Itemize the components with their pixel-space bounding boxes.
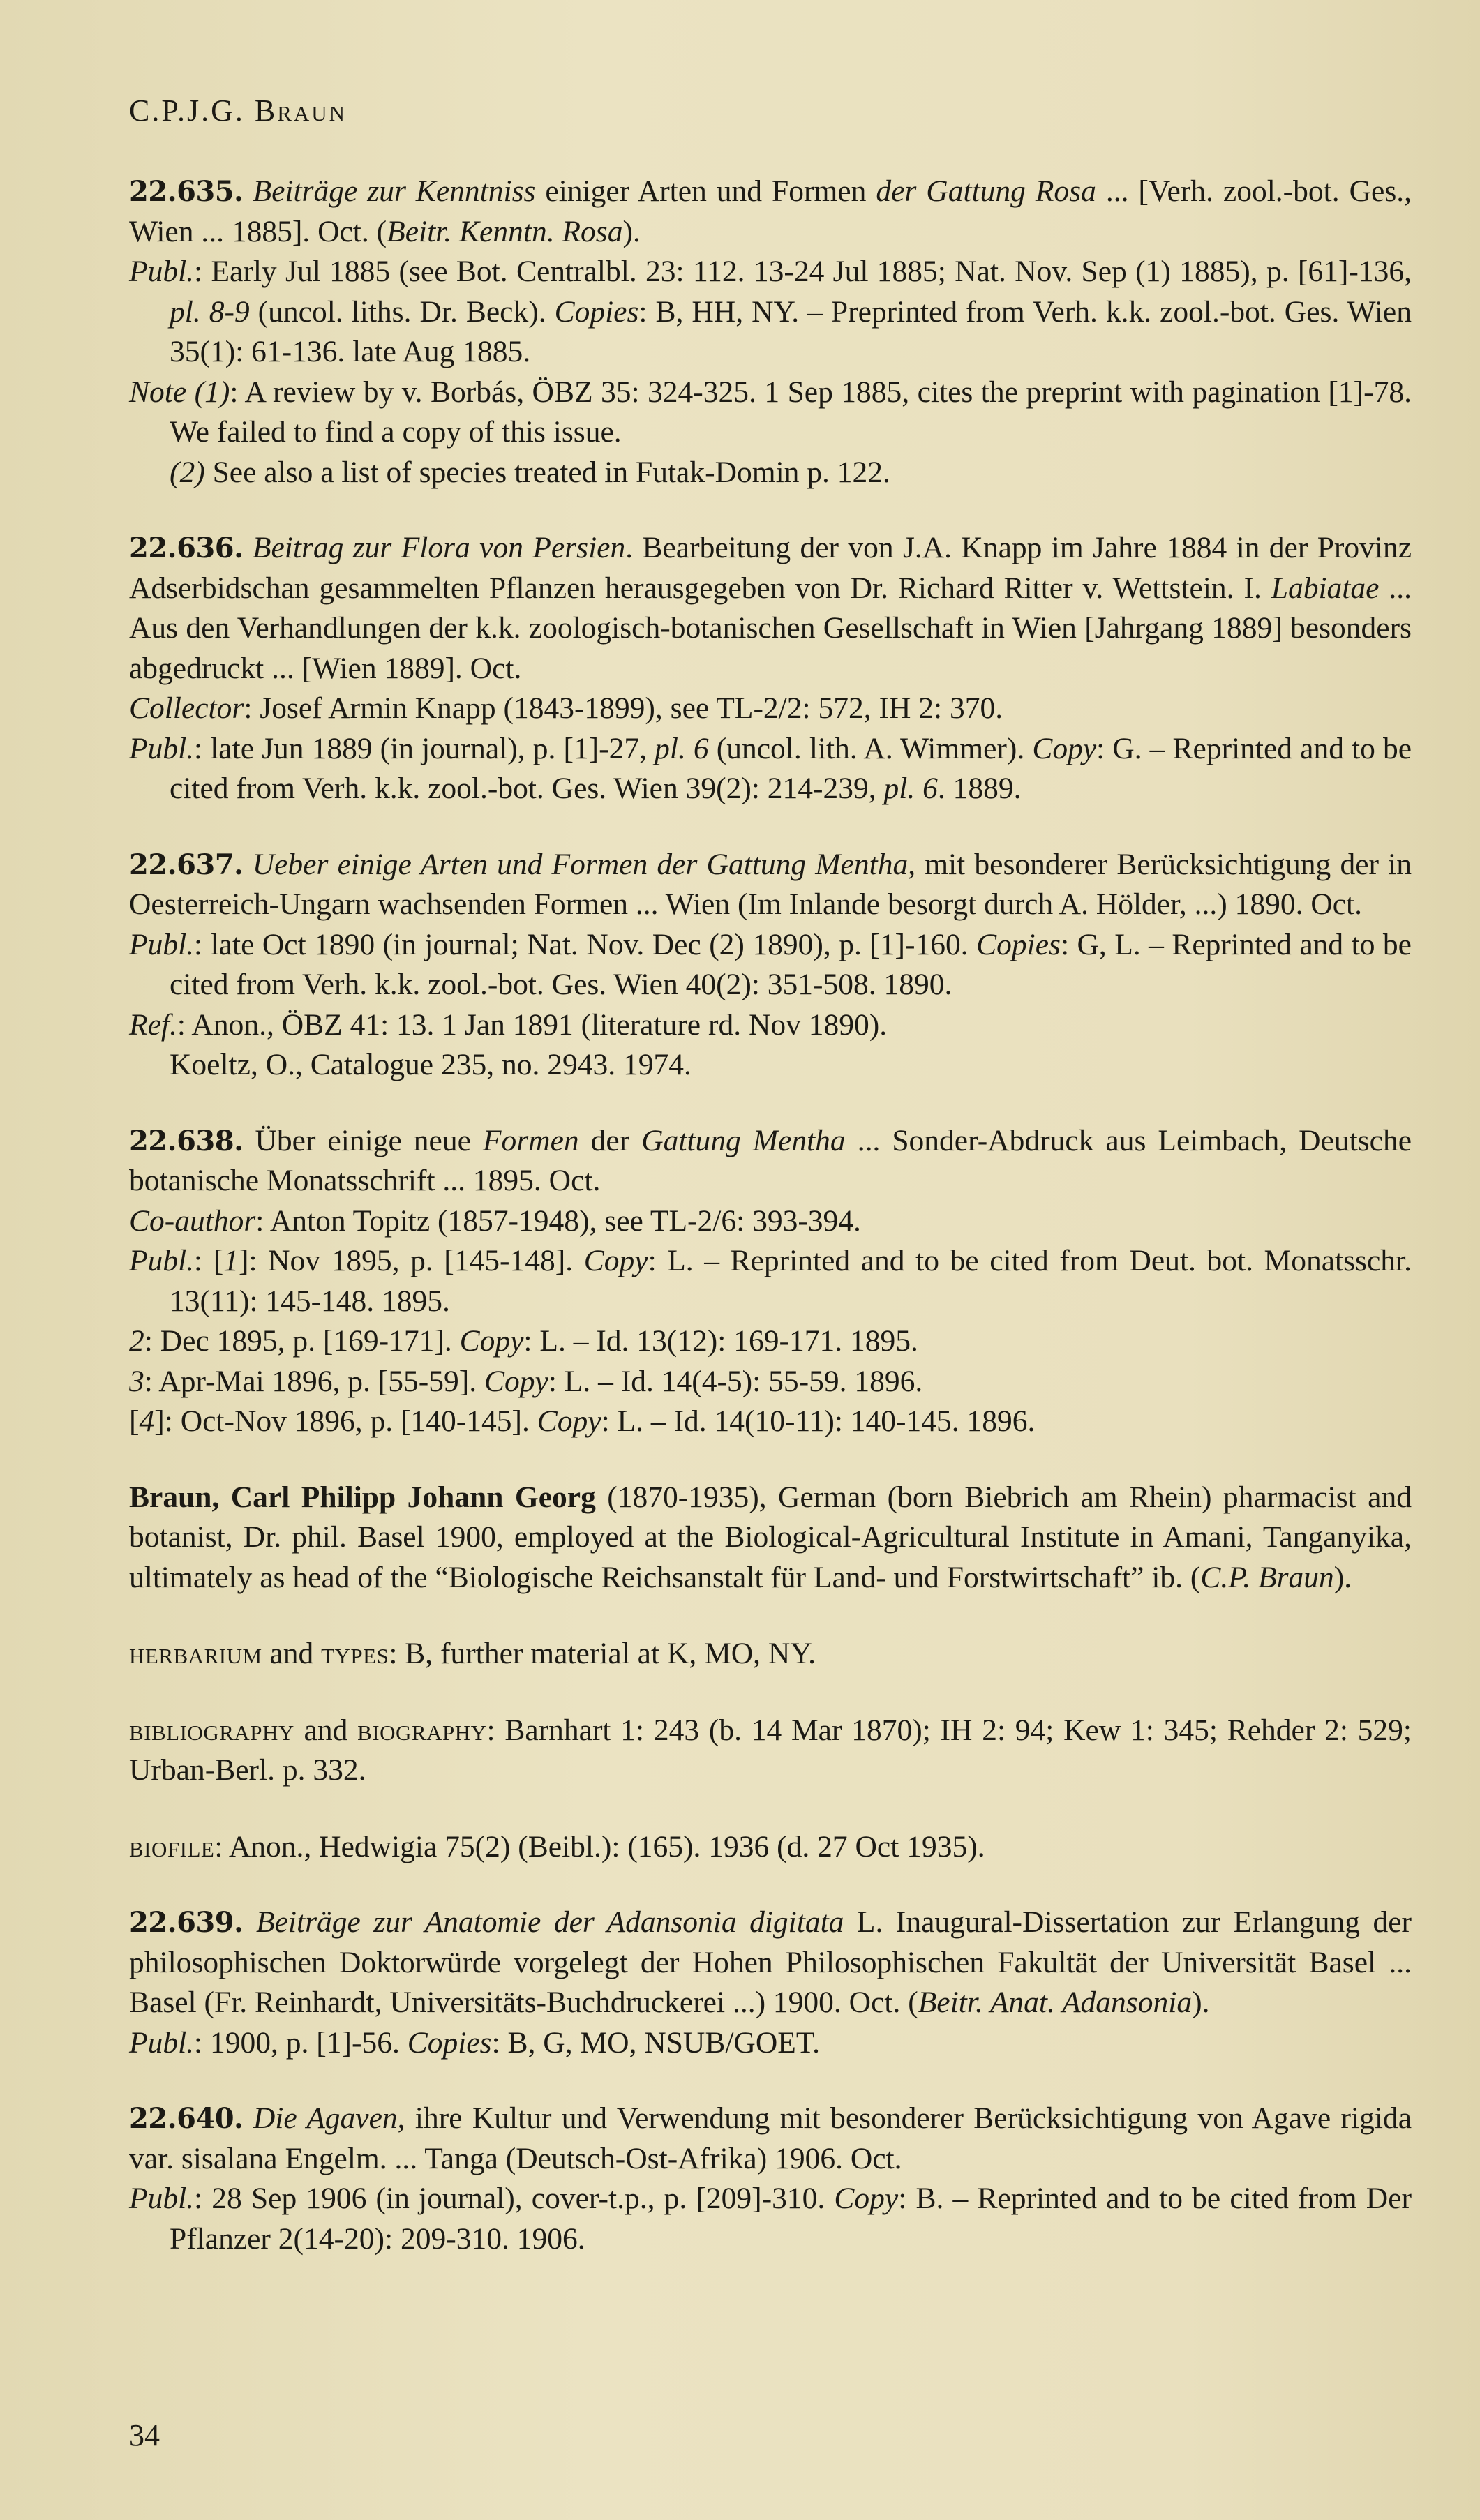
author-bio-paragraph: Braun, Carl Philipp Johann Georg (1870-1… — [129, 1478, 1412, 1598]
publication-info: Publ.: 28 Sep 1906 (in journal), cover-t… — [129, 2179, 1412, 2259]
plates: pl. 6 — [884, 772, 938, 805]
publ-text: : late Jun 1889 (in journal), p. [1]-27, — [194, 732, 655, 765]
entry-22-639: 22.639. Beiträge zur Anatomie der Adanso… — [129, 1903, 1412, 2063]
title-text: der — [579, 1124, 642, 1157]
herbarium-text: : B, further material at K, MO, NY. — [389, 1637, 816, 1670]
publ-text: (uncol. lith. A. Wimmer). — [709, 732, 1033, 765]
publ-label: Publ. — [129, 928, 194, 961]
publ-label: Publ. — [129, 732, 194, 765]
entry-number: 22.640. — [129, 2102, 244, 2135]
entry-22-636: 22.636. Beitrag zur Flora von Persien. B… — [129, 528, 1412, 809]
collector-label: Collector — [129, 691, 244, 725]
entry-22-638: 22.638. Über einige neue Formen der Gatt… — [129, 1121, 1412, 1442]
copy-label: Copy — [537, 1404, 601, 1438]
note-text: See also a list of species treated in Fu… — [205, 456, 890, 489]
entry-number: 22.638. — [129, 1125, 244, 1157]
conjunction: and — [262, 1637, 322, 1670]
punctuation: ). — [1192, 1986, 1209, 2019]
publ-text: : late Oct 1890 (in journal; Nat. Nov. D… — [194, 928, 976, 961]
part-text: : Oct-Nov 1896, p. [140-145]. — [165, 1404, 537, 1438]
part-text: : Dec 1895, p. [169-171]. — [144, 1324, 460, 1358]
biofile-text: : Anon., Hedwigia 75(2) (Beibl.): (165).… — [214, 1830, 985, 1863]
author-biography: Braun, Carl Philipp Johann Georg (1870-1… — [129, 1478, 1412, 1598]
biofile-section: Biofile: Anon., Hedwigia 75(2) (Beibl.):… — [129, 1827, 1412, 1868]
title-abbreviation: Beitr. Anat. Adansonia — [918, 1986, 1192, 2019]
entry-number: 22.637. — [129, 848, 244, 881]
entry-title: 22.639. Beiträge zur Anatomie der Adanso… — [129, 1903, 1412, 2023]
note: Note (1): A review by v. Borbás, ÖBZ 35:… — [129, 373, 1412, 453]
ref-label: Ref. — [129, 1008, 177, 1042]
bracket: ] — [154, 1404, 165, 1438]
title-italic: Beiträge zur Kenntniss — [253, 174, 536, 208]
publ-label: Publ. — [129, 2026, 194, 2060]
entry-title: 22.636. Beitrag zur Flora von Persien. B… — [129, 528, 1412, 689]
publication-info: Publ.: [1]: Nov 1895, p. [145-148]. Copy… — [129, 1241, 1412, 1321]
page-number: 34 — [129, 2415, 160, 2456]
entry-22-637: 22.637. Ueber einige Arten und Formen de… — [129, 845, 1412, 1086]
coauthor-info: Co-author: Anton Topitz (1857-1948), see… — [129, 1201, 1412, 1242]
biography-label: Biography — [357, 1713, 486, 1747]
copy-label: Copy — [460, 1324, 524, 1358]
publ-text: : 28 Sep 1906 (in journal), cover-t.p., … — [194, 2182, 834, 2215]
title-text: Über einige neue — [244, 1124, 483, 1157]
plates: pl. 8-9 — [170, 295, 250, 329]
document-page: C.P.J.G. Braun 22.635. Beiträge zur Kenn… — [129, 91, 1412, 2295]
title-text: einiger Arten und Formen — [535, 174, 876, 208]
plates: pl. 6 — [655, 732, 709, 765]
publ-label: Publ. — [129, 2182, 194, 2215]
author-abbreviation: C.P. Braun — [1200, 1561, 1333, 1594]
publ-text: ]: Nov 1895, p. [145-148]. — [239, 1244, 584, 1277]
part-text: : L. – Id. 14(4-5): 55-59. 1896. — [548, 1365, 922, 1398]
publ-label: Publ. — [129, 255, 194, 288]
author-name: Braun, Carl Philipp Johann Georg — [129, 1480, 596, 1514]
note-label: (2) — [170, 456, 205, 489]
running-head: C.P.J.G. Braun — [129, 91, 1412, 131]
publication-info: Publ.: Early Jul 1885 (see Bot. Centralb… — [129, 252, 1412, 373]
biofile-label: Biofile — [129, 1829, 214, 1863]
title-italic: Beitrag zur Flora von Persien — [253, 531, 625, 564]
entry-number: 22.635. — [129, 175, 244, 208]
entry-22-635: 22.635. Beiträge zur Kenntniss einiger A… — [129, 172, 1412, 493]
part-text: : Apr-Mai 1896, p. [55-59]. — [144, 1365, 484, 1398]
copies-text: : B, G, MO, NSUB/GOET. — [492, 2026, 820, 2060]
part-number: 3 — [129, 1365, 144, 1398]
part-text: : L. – Id. 13(12): 169-171. 1895. — [523, 1324, 918, 1358]
title-italic: Ueber einige Arten und Formen der Gattun… — [253, 848, 908, 881]
coauthor-text: : Anton Topitz (1857-1948), see TL-2/6: … — [255, 1204, 861, 1238]
title-italic: Die Agaven — [253, 2101, 398, 2135]
title-italic: Gattung Mentha — [641, 1124, 845, 1157]
copy-label: Copy — [584, 1244, 648, 1277]
punctuation: ). — [622, 215, 640, 248]
bibliography-label: Bibliography — [129, 1713, 294, 1747]
title-italic: Beiträge zur Anatomie der Adansonia digi… — [256, 1905, 844, 1939]
coauthor-label: Co-author — [129, 1204, 255, 1238]
copy-label: Copy — [1032, 732, 1096, 765]
publ-text: : Early Jul 1885 (see Bot. Centralbl. 23… — [194, 255, 1412, 288]
part-3: 3: Apr-Mai 1896, p. [55-59]. Copy: L. – … — [129, 1362, 1412, 1402]
publ-text: : [ — [194, 1244, 223, 1277]
ref-text: : Anon., ÖBZ 41: 13. 1 Jan 1891 (literat… — [177, 1008, 887, 1042]
copy-text: . 1889. — [938, 772, 1022, 805]
part-number: 2 — [129, 1324, 144, 1358]
copy-label: Copy — [834, 2182, 898, 2215]
copies-label: Copies — [408, 2026, 492, 2060]
publication-info: Publ.: 1900, p. [1]-56. Copies: B, G, MO… — [129, 2023, 1412, 2064]
entry-22-640: 22.640. Die Agaven, ihre Kultur und Verw… — [129, 2099, 1412, 2259]
entry-title: 22.635. Beiträge zur Kenntniss einiger A… — [129, 172, 1412, 252]
entry-title: 22.638. Über einige neue Formen der Gatt… — [129, 1121, 1412, 1201]
bibliography-section: Bibliography and Biography: Barnhart 1: … — [129, 1710, 1412, 1791]
copy-label: Copy — [484, 1365, 548, 1398]
herbarium-label: Herbarium — [129, 1636, 262, 1670]
part-2: 2: Dec 1895, p. [169-171]. Copy: L. – Id… — [129, 1321, 1412, 1362]
title-abbreviation: Beitr. Kenntn. Rosa — [387, 215, 622, 248]
collector-text: : Josef Armin Knapp (1843-1899), see TL-… — [244, 691, 1003, 725]
copies-label: Copies — [555, 295, 639, 329]
bracket: [ — [129, 1404, 140, 1438]
entry-title: 22.637. Ueber einige Arten und Formen de… — [129, 845, 1412, 925]
entry-title: 22.640. Die Agaven, ihre Kultur und Verw… — [129, 2099, 1412, 2179]
copies-label: Copies — [976, 928, 1061, 961]
part-number: 1 — [223, 1244, 239, 1277]
herbarium-section: Herbarium and Types: B, further material… — [129, 1633, 1412, 1674]
publication-info: Publ.: late Jun 1889 (in journal), p. [1… — [129, 729, 1412, 809]
part-4: [4]: Oct-Nov 1896, p. [140-145]. Copy: L… — [129, 1402, 1412, 1442]
title-italic: Formen — [483, 1124, 579, 1157]
note-text: : A review by v. Borbás, ÖBZ 35: 324-325… — [170, 375, 1412, 449]
types-label: Types — [321, 1636, 389, 1670]
reference-2: Koeltz, O., Catalogue 235, no. 2943. 197… — [129, 1045, 1412, 1086]
punctuation: ). — [1334, 1561, 1352, 1594]
entry-number: 22.636. — [129, 532, 244, 564]
publ-label: Publ. — [129, 1244, 194, 1277]
conjunction: and — [294, 1713, 357, 1747]
note-label: Note (1) — [129, 375, 230, 409]
reference: Ref.: Anon., ÖBZ 41: 13. 1 Jan 1891 (lit… — [129, 1005, 1412, 1046]
publ-text: : 1900, p. [1]-56. — [194, 2026, 408, 2060]
publ-text: (uncol. liths. Dr. Beck). — [250, 295, 555, 329]
title-italic: der Gattung Rosa — [876, 174, 1096, 208]
title-italic: Labiatae — [1271, 571, 1380, 605]
publication-info: Publ.: late Oct 1890 (in journal; Nat. N… — [129, 925, 1412, 1005]
note-2: (2) See also a list of species treated i… — [129, 453, 1412, 493]
part-text: : L. – Id. 14(10-11): 140-145. 1896. — [601, 1404, 1036, 1438]
part-number: 4 — [140, 1404, 155, 1438]
collector-info: Collector: Josef Armin Knapp (1843-1899)… — [129, 689, 1412, 729]
entry-number: 22.639. — [129, 1906, 244, 1939]
